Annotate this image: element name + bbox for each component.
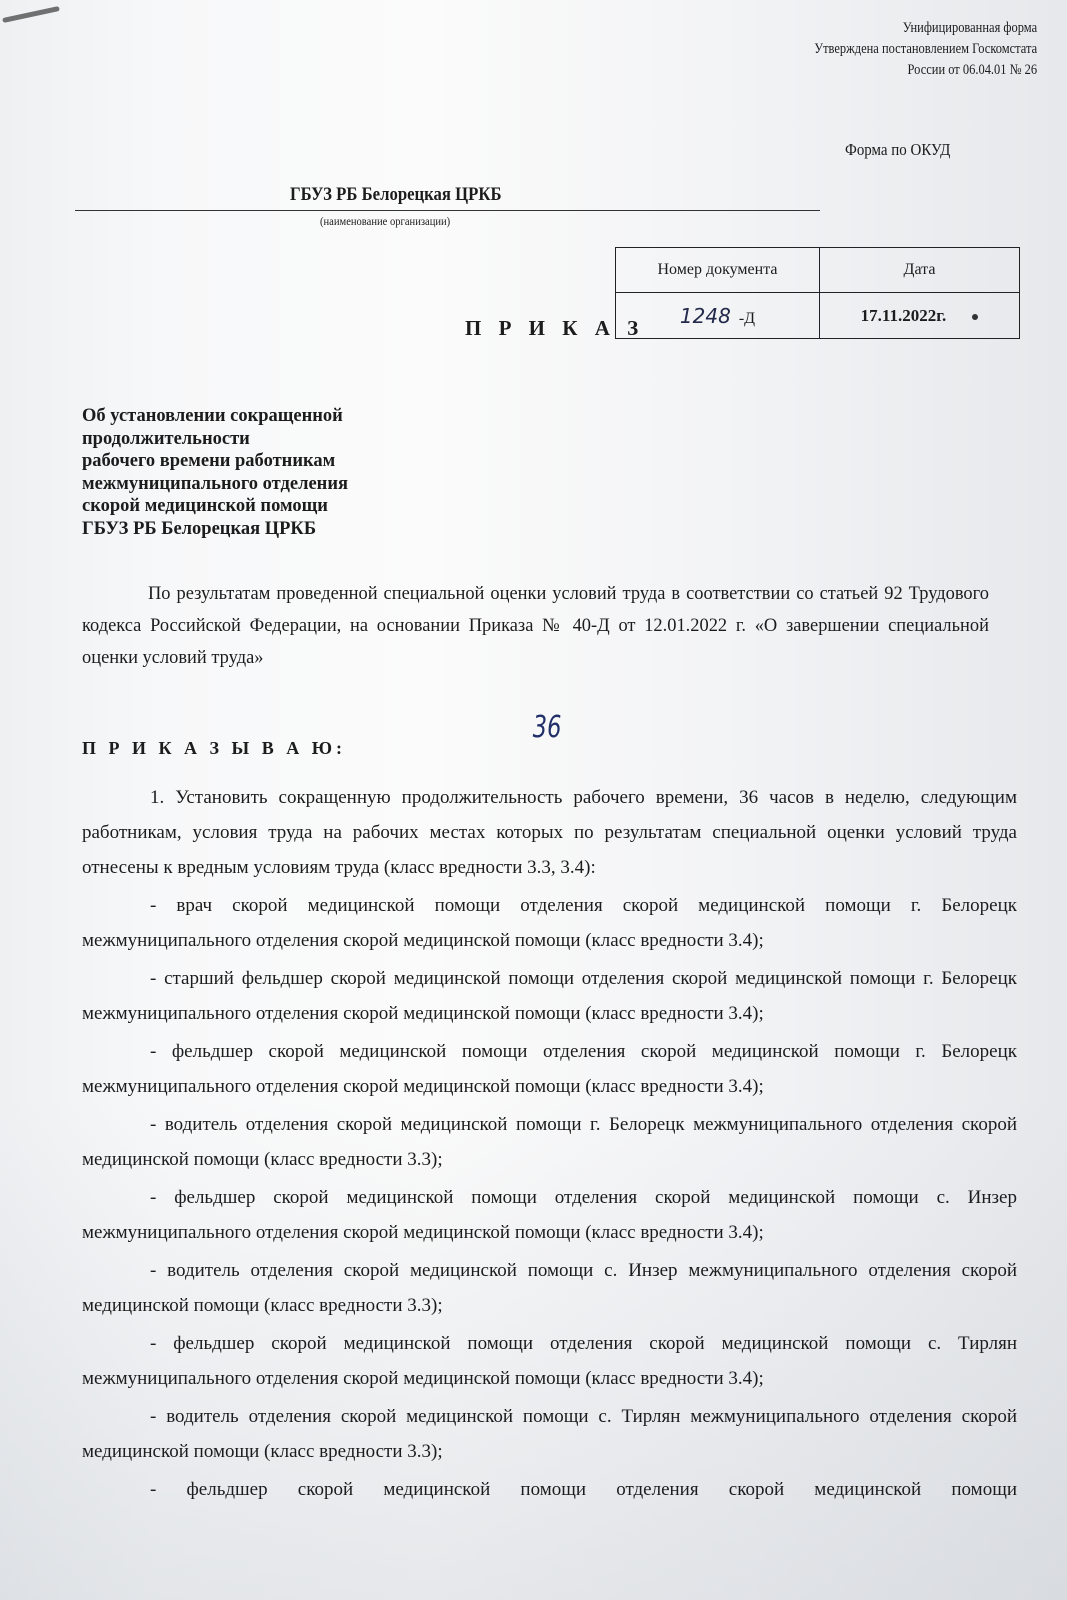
organization-name: ГБУЗ РБ Белорецкая ЦРКБ [290, 184, 502, 206]
pen-mark [2, 6, 60, 23]
doc-number-cell: 1248 -Д [616, 293, 820, 339]
organization-underline [75, 210, 820, 211]
doc-date-cell: 17.11.2022г. [819, 293, 1019, 339]
handwritten-note: 36 [533, 710, 562, 745]
list-item: - врач скорой медицинской помощи отделен… [82, 888, 1017, 958]
doc-date: 17.11.2022г. [861, 306, 947, 325]
list-item: - фельдшер скорой медицинской помощи отд… [82, 1034, 1017, 1104]
okud-label: Форма по ОКУД [845, 140, 950, 160]
document-number-table: Номер документа Дата 1248 -Д 17.11.2022г… [615, 247, 1020, 339]
list-item: - фельдшер скорой медицинской помощи отд… [82, 1326, 1017, 1396]
header-line: России от 06.04.01 № 26 [814, 60, 1037, 81]
title-line: продолжительности [82, 428, 502, 451]
organization-caption: (наименование организации) [320, 214, 450, 229]
list-item: - водитель отделения скорой медицинской … [82, 1399, 1017, 1469]
order-item-1: 1. Установить сокращенную продолжительно… [82, 780, 1017, 885]
title-line: ГБУЗ РБ Белорецкая ЦРКБ [82, 518, 502, 541]
doc-number-suffix: -Д [739, 310, 755, 327]
list-item: - старший фельдшер скорой медицинской по… [82, 961, 1017, 1031]
list-item: - водитель отделения скорой медицинской … [82, 1253, 1017, 1323]
order-title: Об установлении сокращенной продолжитель… [82, 405, 502, 540]
handwritten-doc-number: 1248 [680, 304, 731, 328]
header-line: Унифицированная форма [814, 18, 1037, 39]
ink-dot [972, 314, 978, 320]
document-type-heading: П Р И К А З [465, 316, 644, 341]
title-line: скорой медицинской помощи [82, 495, 502, 518]
title-line: Об установлении сокращенной [82, 405, 502, 428]
form-approval-header: Унифицированная форма Утверждена постано… [814, 18, 1037, 81]
title-line: рабочего времени работникам [82, 450, 502, 473]
header-line: Утверждена постановлением Госкомстата [814, 39, 1037, 60]
list-item: - фельдшер скорой медицинской помощи отд… [82, 1180, 1017, 1250]
orders-heading: П Р И К А З Ы В А Ю: [82, 738, 346, 759]
doc-date-header: Дата [819, 248, 1019, 293]
list-item: - водитель отделения скорой медицинской … [82, 1107, 1017, 1177]
title-line: межмуниципального отделения [82, 473, 502, 496]
list-item: - фельдшер скорой медицинской помощи отд… [82, 1472, 1017, 1507]
preamble-paragraph: По результатам проведенной специальной о… [82, 578, 989, 674]
doc-number-header: Номер документа [616, 248, 820, 293]
order-items: 1. Установить сокращенную продолжительно… [82, 780, 1017, 1510]
